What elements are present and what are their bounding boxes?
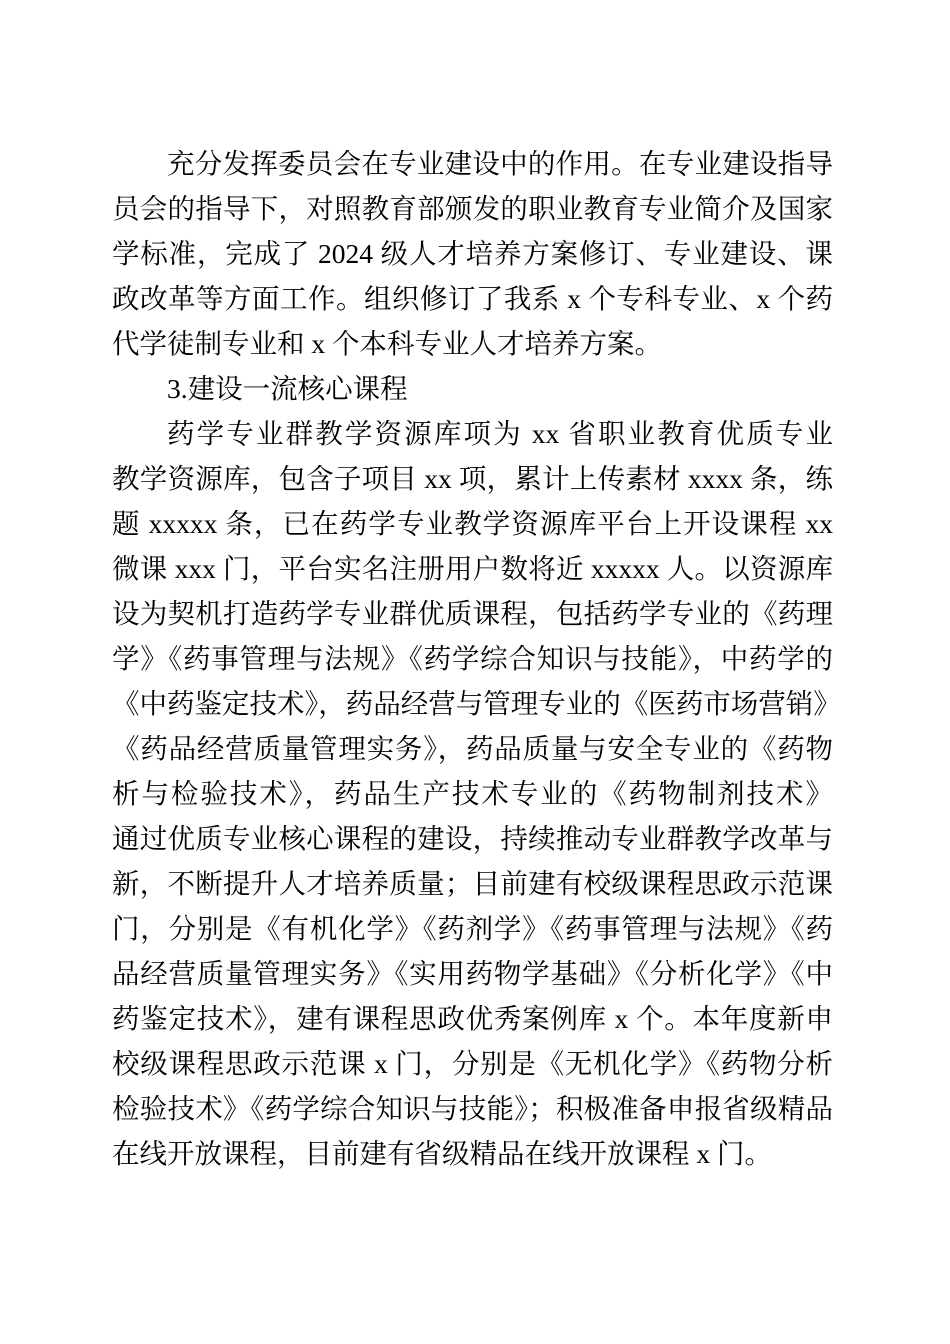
text-line: 3.建设一流核心课程 [112, 366, 833, 411]
text-line: 设为契机打造药学专业群优质课程，包括药学专业的《药理 [112, 591, 833, 636]
text-line: 政改革等方面工作。组织修订了我系 x 个专科专业、x 个药学现 [112, 276, 833, 321]
text-line: 在线开放课程，目前建有省级精品在线开放课程 x 门。 [112, 1131, 833, 1176]
text-line: 代学徒制专业和 x 个本科专业人才培养方案。 [112, 321, 833, 366]
text-line: 药学专业群教学资源库项为 xx 省职业教育优质专业（群） [112, 411, 833, 456]
paragraph: 药学专业群教学资源库项为 xx 省职业教育优质专业（群）教学资源库，包含子项目 … [112, 411, 833, 1176]
text-line: 析与检验技术》，药品生产技术专业的《药物制剂技术》等。 [112, 771, 833, 816]
document-page: 充分发挥委员会在专业建设中的作用。在专业建设指导委员会的指导下，对照教育部颁发的… [0, 0, 950, 1344]
text-line: 检验技术》《药学综合知识与技能》；积极准备申报省级精品 [112, 1086, 833, 1131]
text-line: 学标准，完成了 2024 级人才培养方案修订、专业建设、课程思 [112, 231, 833, 276]
text-line: 新，不断提升人才培养质量；目前建有校级课程思政示范课 x [112, 861, 833, 906]
text-line: 充分发挥委员会在专业建设中的作用。在专业建设指导委 [112, 141, 833, 186]
text-line: 药鉴定技术》，建有课程思政优秀案例库 x 个。本年度新申报 [112, 996, 833, 1041]
text-line: 教学资源库，包含子项目 xx 项，累计上传素材 xxxx 条，练习 [112, 456, 833, 501]
text-line: 学》《药事管理与法规》《药学综合知识与技能》，中药学的 [112, 636, 833, 681]
text-line: 校级课程思政示范课 x 门，分别是《无机化学》《药物分析与 [112, 1041, 833, 1086]
text-line: 门，分别是《有机化学》《药剂学》《药事管理与法规》《药 [112, 906, 833, 951]
paragraph: 充分发挥委员会在专业建设中的作用。在专业建设指导委员会的指导下，对照教育部颁发的… [112, 141, 833, 366]
document-body: 充分发挥委员会在专业建设中的作用。在专业建设指导委员会的指导下，对照教育部颁发的… [112, 141, 833, 1176]
text-line: 《药品经营质量管理实务》，药品质量与安全专业的《药物分 [112, 726, 833, 771]
text-line: 题 xxxxx 条，已在药学专业教学资源库平台上开设课程 xx 期， [112, 501, 833, 546]
text-line: 微课 xxx 门，平台实名注册用户数将近 xxxxx 人。以资源库建 [112, 546, 833, 591]
text-line: 品经营质量管理实务》《实用药物学基础》《分析化学》《中 [112, 951, 833, 996]
text-line: 通过优质专业核心课程的建设，持续推动专业群教学改革与创 [112, 816, 833, 861]
paragraph: 3.建设一流核心课程 [112, 366, 833, 411]
text-line: 员会的指导下，对照教育部颁发的职业教育专业简介及国家教 [112, 186, 833, 231]
text-line: 《中药鉴定技术》，药品经营与管理专业的《医药市场营销》 [112, 681, 833, 726]
